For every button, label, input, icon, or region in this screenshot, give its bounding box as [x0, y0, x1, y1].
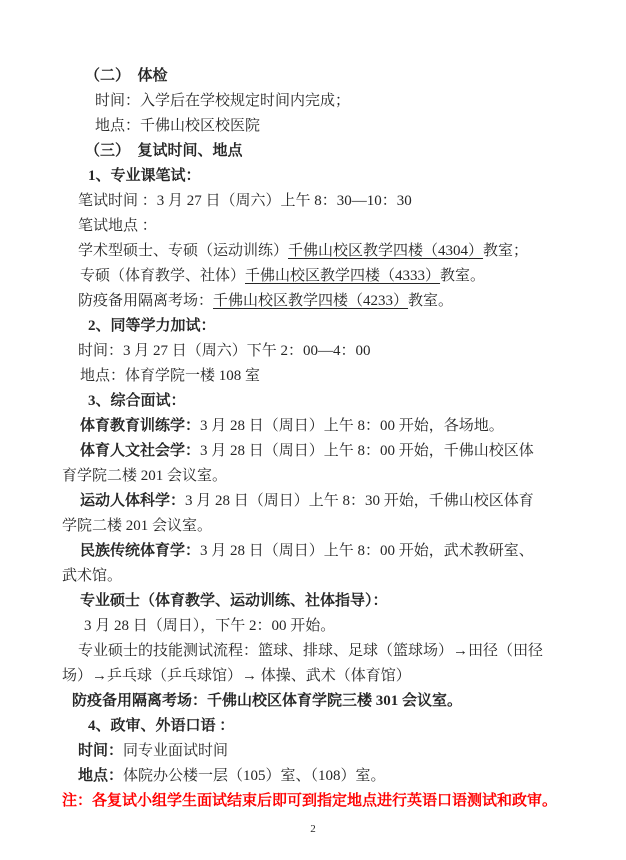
doc-line: 地点：千佛山校区校医院	[62, 114, 582, 139]
text-segment: 3 月 28 日（周日），下午 2：00 开始。	[84, 618, 335, 634]
text-segment: 3 月 28 日（周日）上午 8：00 开始，千佛山校区体	[200, 443, 534, 459]
text-segment: 专硕（体育教学、社体）	[80, 268, 245, 284]
text-segment: 4、政审、外语口语 ：	[88, 718, 234, 734]
text-segment: 地点：	[78, 768, 123, 784]
doc-line: 场）→乒乓球（乒乓球馆）→ 体操、武术（体育馆）	[62, 664, 582, 689]
doc-line: 运动人体科学：3 月 28 日（周日）上午 8：30 开始，千佛山校区体育	[62, 489, 582, 514]
text-segment: 教室；	[483, 243, 528, 259]
text-segment: 教室。	[408, 293, 453, 309]
text-segment: 学院二楼 201 会议室。	[62, 518, 212, 534]
doc-line: 专业硕士（体育教学、运动训练、社体指导）：	[62, 589, 582, 614]
text-segment: 2、同等学力加试：	[88, 318, 216, 334]
doc-line: 体育教育训练学：3 月 28 日（周日）上午 8：00 开始，各场地。	[62, 414, 582, 439]
text-segment: 防疫备用隔离考场：	[78, 293, 213, 309]
underlined-location-text: 千佛山校区教学四楼（4233）	[213, 293, 408, 309]
document-body: （二） 体检时间：入学后在学校规定时间内完成；地点：千佛山校区校医院（三） 复试…	[62, 64, 582, 814]
doc-line: 时间：同专业面试时间	[62, 739, 582, 764]
doc-line: 地点：体育学院一楼 108 室	[62, 364, 582, 389]
text-segment: 教室。	[440, 268, 485, 284]
doc-line: 民族传统体育学：3 月 28 日（周日）上午 8：00 开始，武术教研室、	[62, 539, 582, 564]
text-segment: 民族传统体育学：	[80, 543, 200, 559]
doc-line: （三） 复试时间、地点	[62, 139, 582, 164]
doc-line: 专业硕士的技能测试流程：篮球、排球、足球（篮球场）→田径（田径	[62, 639, 582, 664]
doc-line: 时间：入学后在学校规定时间内完成；	[62, 89, 582, 114]
doc-line: 2、同等学力加试：	[62, 314, 582, 339]
page-number: 2	[0, 823, 626, 835]
doc-line: 3 月 28 日（周日），下午 2：00 开始。	[62, 614, 582, 639]
text-segment: 专业硕士（体育教学、运动训练、社体指导）：	[80, 593, 388, 609]
text-segment: 体育教育训练学：	[80, 418, 200, 434]
text-segment: 时间：入学后在学校规定时间内完成；	[95, 93, 350, 109]
doc-line: 笔试地点 ：	[62, 214, 582, 239]
text-segment: 1、专业课笔试：	[88, 168, 201, 184]
text-segment: 时间：3 月 27 日（周六）下午 2：00—4：00	[78, 343, 371, 359]
text-segment: 地点：体育学院一楼 108 室	[80, 368, 260, 384]
text-segment: （三） 复试时间、地点	[85, 143, 243, 159]
doc-line: 学院二楼 201 会议室。	[62, 514, 582, 539]
text-segment: 时间：	[78, 743, 123, 759]
doc-line: 笔试时间 ：3 月 27 日（周六）上午 8：30—10：30	[62, 189, 582, 214]
text-segment: 学术型硕士、专硕（运动训练）	[78, 243, 288, 259]
text-segment: 笔试地点 ：	[78, 218, 157, 234]
underlined-location-text: 千佛山校区教学四楼（4304）	[288, 243, 483, 259]
text-segment: 3、综合面试：	[88, 393, 186, 409]
doc-line: 3、综合面试：	[62, 389, 582, 414]
note-text: 注：各复试小组学生面试结束后即可到指定地点进行英语口语测试和政审。	[62, 793, 557, 809]
text-segment: 育学院二楼 201 会议室。	[62, 468, 227, 484]
doc-line: 学术型硕士、专硕（运动训练）千佛山校区教学四楼（4304）教室；	[62, 239, 582, 264]
doc-line: 1、专业课笔试：	[62, 164, 582, 189]
text-segment: 专业硕士的技能测试流程：篮球、排球、足球（篮球场）→田径（田径	[78, 643, 543, 659]
text-segment: 武术馆。	[62, 568, 122, 584]
text-segment: 3 月 28 日（周日）上午 8：00 开始，各场地。	[200, 418, 504, 434]
underlined-location-text: 千佛山校区教学四楼（4333）	[245, 268, 440, 284]
doc-line: 体育人文社会学：3 月 28 日（周日）上午 8：00 开始，千佛山校区体	[62, 439, 582, 464]
doc-line: 育学院二楼 201 会议室。	[62, 464, 582, 489]
doc-line: 专硕（体育教学、社体）千佛山校区教学四楼（4333）教室。	[62, 264, 582, 289]
text-segment: 3 月 28 日（周日）上午 8：00 开始，武术教研室、	[200, 543, 534, 559]
text-segment: 体院办公楼一层（105）室、（108）室。	[123, 768, 386, 784]
text-segment: 同专业面试时间	[123, 743, 228, 759]
doc-line: 防疫备用隔离考场：千佛山校区教学四楼（4233）教室。	[62, 289, 582, 314]
doc-line: （二） 体检	[62, 64, 582, 89]
text-segment: 体育人文社会学：	[80, 443, 200, 459]
text-segment: 地点：千佛山校区校医院	[95, 118, 260, 134]
text-segment: 运动人体科学：	[80, 493, 185, 509]
text-segment: 3 月 28 日（周日）上午 8：30 开始，千佛山校区体育	[185, 493, 534, 509]
document-page: （二） 体检时间：入学后在学校规定时间内完成；地点：千佛山校区校医院（三） 复试…	[0, 0, 626, 860]
doc-line: 时间：3 月 27 日（周六）下午 2：00—4：00	[62, 339, 582, 364]
text-segment: 防疫备用隔离考场：千佛山校区体育学院三楼 301 会议室。	[72, 693, 462, 709]
text-segment: （二） 体检	[85, 68, 168, 84]
doc-line: 4、政审、外语口语 ：	[62, 714, 582, 739]
doc-line: 防疫备用隔离考场：千佛山校区体育学院三楼 301 会议室。	[62, 689, 582, 714]
text-segment: 场）→乒乓球（乒乓球馆）→ 体操、武术（体育馆）	[62, 668, 411, 684]
doc-line: 武术馆。	[62, 564, 582, 589]
text-segment: 笔试时间 ：3 月 27 日（周六）上午 8：30—10：30	[78, 193, 412, 209]
doc-line: 地点：体院办公楼一层（105）室、（108）室。	[62, 764, 582, 789]
doc-line: 注：各复试小组学生面试结束后即可到指定地点进行英语口语测试和政审。	[62, 789, 582, 814]
